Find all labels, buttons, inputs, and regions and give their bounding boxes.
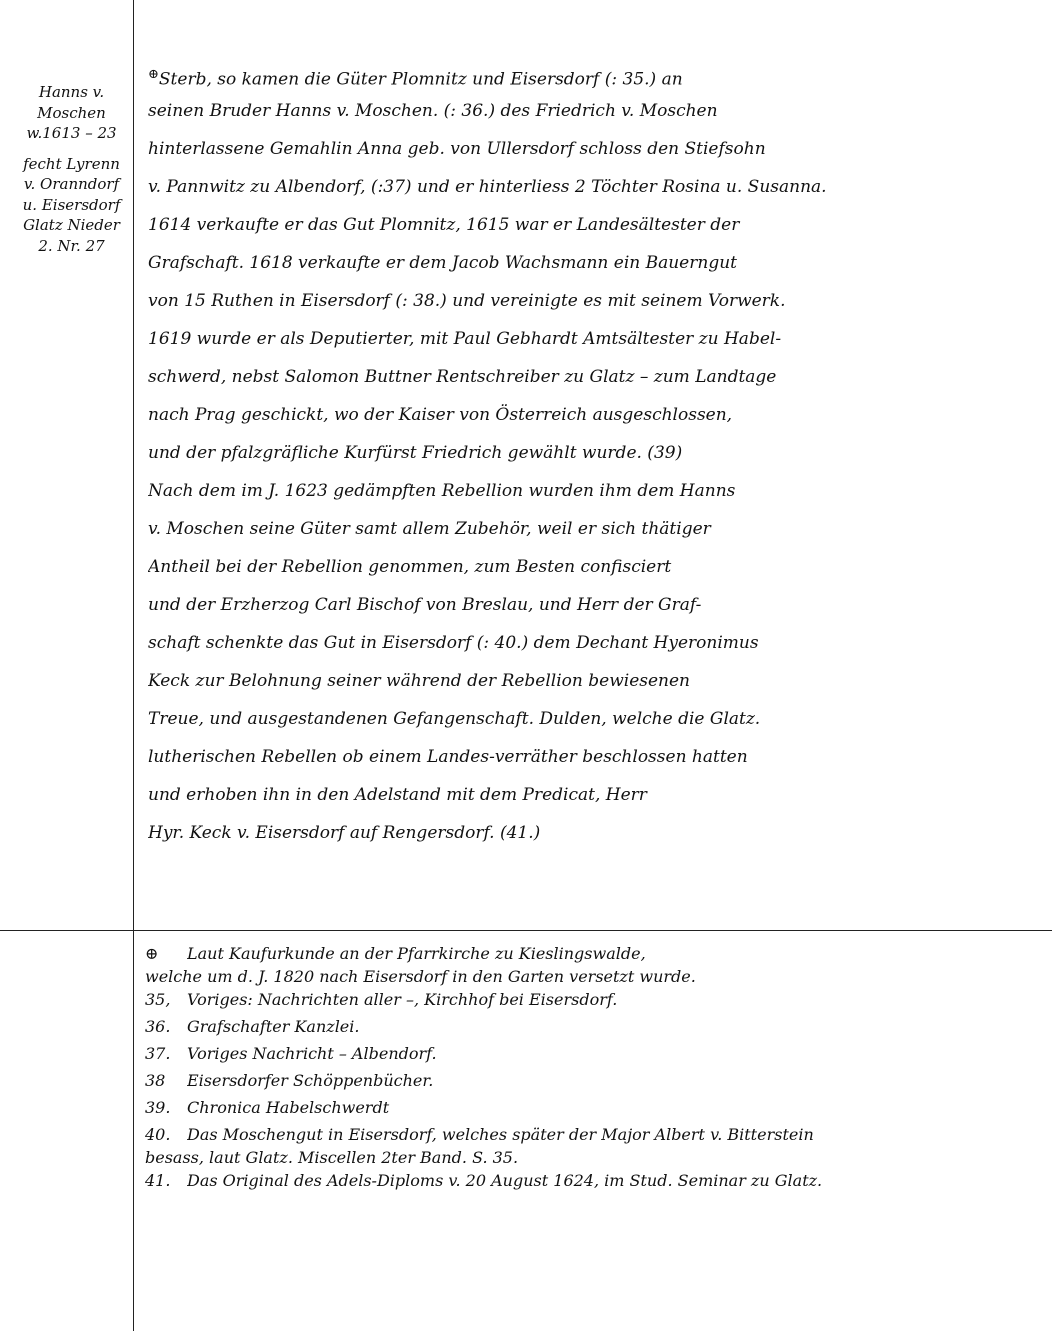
text-line: schaft schenkte das Gut in Eisersdorf (:… [148,624,1048,662]
margin-note: Hanns v. Moschen w.1613 – 23 fecht Lyren… [14,82,129,256]
margin-line: w.1613 – 23 [14,123,129,144]
text-line: Treue, und ausgestandenen Gefangenschaft… [148,700,1048,738]
text-line: seinen Bruder Hanns v. Moschen. (: 36.) … [148,92,1048,130]
footnote: 40.Das Moschengut in Eisersdorf, welches… [145,1121,1045,1167]
footnote-number: 35, [145,986,187,1013]
footnote-text: Voriges: Nachrichten aller –, Kirchhof b… [187,986,1045,1013]
footnote: 35,Voriges: Nachrichten aller –, Kirchho… [145,986,1045,1013]
text-line: Keck zur Belohnung seiner während der Re… [148,662,1048,700]
text-line: ⊕Sterb, so kamen die Güter Plomnitz und … [148,56,1048,92]
margin-line: v. Oranndorf [14,174,129,195]
text-line: schwerd, nebst Salomon Buttner Rentschre… [148,358,1048,396]
text-line: und erhoben ihn in den Adelstand mit dem… [148,776,1048,814]
text-line: Nach dem im J. 1623 gedämpften Rebellion… [148,472,1048,510]
margin-rule [133,0,134,1331]
footnote-text: Chronica Habelschwerdt [187,1094,1045,1121]
footnote-number: 41. [145,1167,187,1194]
footnote: ⊕Laut Kaufurkunde an der Pfarrkirche zu … [145,940,1045,986]
footnotes: ⊕Laut Kaufurkunde an der Pfarrkirche zu … [145,940,1045,1194]
text-line: und der pfalzgräfliche Kurfürst Friedric… [148,434,1048,472]
footnote-text: Grafschafter Kanzlei. [187,1013,1045,1040]
text-line: Grafschaft. 1618 verkaufte er dem Jacob … [148,244,1048,282]
text-line: v. Pannwitz zu Albendorf, (:37) und er h… [148,168,1048,206]
footnote-marker-icon: ⊕ [145,940,187,967]
footnote: 38Eisersdorfer Schöppenbücher. [145,1067,1045,1094]
text-line: Hyr. Keck v. Eisersdorf auf Rengersdorf.… [148,814,1048,852]
footnote: 36.Grafschafter Kanzlei. [145,1013,1045,1040]
footnote-text: Voriges Nachricht – Albendorf. [187,1040,1045,1067]
footnote-rule [0,930,1052,931]
text-line: hinterlassene Gemahlin Anna geb. von Ull… [148,130,1048,168]
footnote-number: 37. [145,1040,187,1067]
margin-line: Moschen [14,103,129,124]
text-line: nach Prag geschickt, wo der Kaiser von Ö… [148,396,1048,434]
footnote: 37.Voriges Nachricht – Albendorf. [145,1040,1045,1067]
footnote-text: besass, laut Glatz. Miscellen 2ter Band.… [145,1148,1045,1167]
footnote-number: 38 [145,1067,187,1094]
text-line: und der Erzherzog Carl Bischof von Bresl… [148,586,1048,624]
text-line: Antheil bei der Rebellion genommen, zum … [148,548,1048,586]
margin-line: fecht Lyrenn [14,154,129,175]
margin-line: u. Eisersdorf [14,195,129,216]
footnote-number: 40. [145,1121,187,1148]
text-line: 1614 verkaufte er das Gut Plomnitz, 1615… [148,206,1048,244]
footnote-marker-icon: ⊕ [148,67,159,82]
footnote: 41.Das Original des Adels-Diploms v. 20 … [145,1167,1045,1194]
footnote-text: Das Original des Adels-Diploms v. 20 Aug… [187,1167,1045,1194]
footnote-number: 39. [145,1094,187,1121]
main-text: ⊕Sterb, so kamen die Güter Plomnitz und … [148,56,1048,852]
footnote: 39.Chronica Habelschwerdt [145,1094,1045,1121]
footnote-text: Eisersdorfer Schöppenbücher. [187,1067,1045,1094]
text-line: lutherischen Rebellen ob einem Landes-ve… [148,738,1048,776]
footnote-text: Laut Kaufurkunde an der Pfarrkirche zu K… [187,940,1045,967]
footnote-number: 36. [145,1013,187,1040]
text-line: von 15 Ruthen in Eisersdorf (: 38.) und … [148,282,1048,320]
margin-line: 2. Nr. 27 [14,236,129,257]
margin-line: Hanns v. [14,82,129,103]
footnote-text: welche um d. J. 1820 nach Eisersdorf in … [145,967,1045,986]
footnote-text: Das Moschengut in Eisersdorf, welches sp… [187,1121,1045,1148]
margin-line: Glatz Nieder [14,215,129,236]
text-line: 1619 wurde er als Deputierter, mit Paul … [148,320,1048,358]
text-line: v. Moschen seine Güter samt allem Zubehö… [148,510,1048,548]
